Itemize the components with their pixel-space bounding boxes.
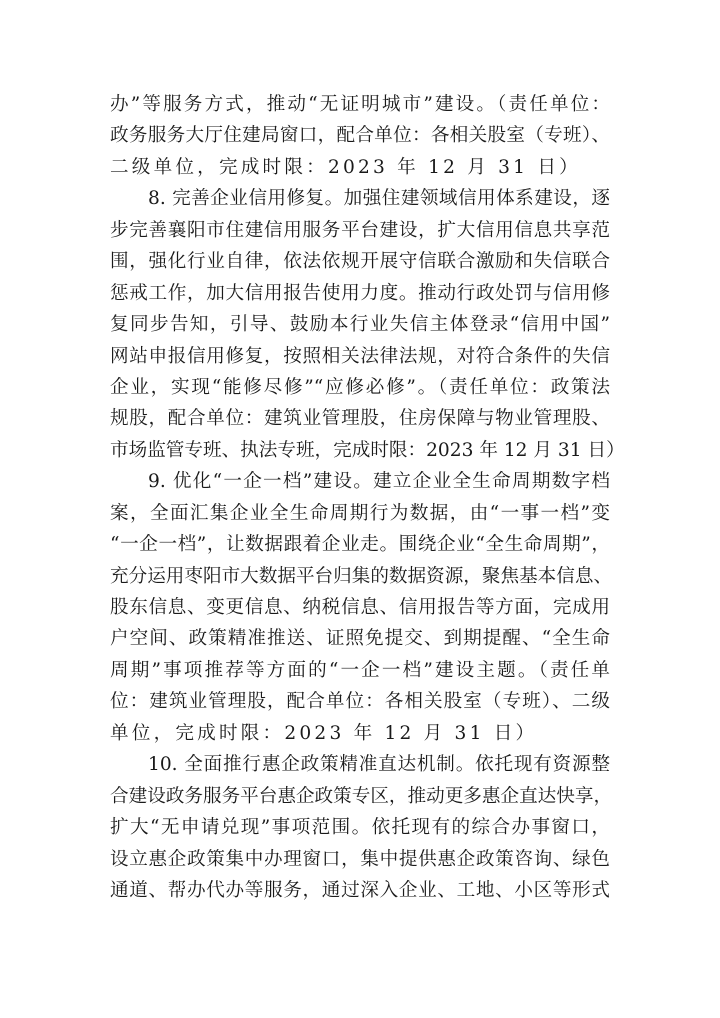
text-line: 规股，配合单位：建筑业管理股，住房保障与物业管理股、: [110, 403, 610, 434]
text-line: 通道、帮办代办等服务，通过深入企业、工地、小区等形式: [110, 875, 610, 906]
text-line: 步完善襄阳市住建信用服务平台建设，扩大信用信息共享范: [110, 215, 610, 246]
text-line: 位：建筑业管理股，配合单位：各相关股室（专班）、二级: [110, 686, 610, 717]
text-line: 企业，实现“能修尽修”“应修必修”。（责任单位：政策法: [110, 372, 610, 403]
text-line: 办”等服务方式，推动“无证明城市”建设。（责任单位：: [110, 89, 610, 120]
text-line: 网站申报信用修复，按照相关法律法规，对符合条件的失信: [110, 341, 610, 372]
document-page: 办”等服务方式，推动“无证明城市”建设。（责任单位： 政务服务大厅住建局窗口，配…: [110, 89, 610, 906]
text-line: 周期”事项推荐等方面的“一企一档”建设主题。（责任单: [110, 655, 610, 686]
text-line: 市场监管专班、执法专班，完成时限：2023 年 12 月 31 日）: [110, 435, 610, 466]
text-line: 单位，完成时限：2023 年 12 月 31 日）: [110, 718, 610, 749]
text-line: 二级单位，完成时限：2023 年 12 月 31 日）: [110, 152, 610, 183]
text-line: 户空间、政策精准推送、证照免提交、到期提醒、“全生命: [110, 623, 610, 654]
text-line: 围，强化行业自律，依法依规开展守信联合激励和失信联合: [110, 246, 610, 277]
text-line: 政务服务大厅住建局窗口，配合单位：各相关股室（专班）、: [110, 120, 610, 151]
text-line: 惩戒工作，加大信用报告使用力度。推动行政处罚与信用修: [110, 278, 610, 309]
text-line: 充分运用枣阳市大数据平台归集的数据资源，聚焦基本信息、: [110, 561, 610, 592]
section-heading-line-10: 10. 全面推行惠企政策精准直达机制。依托现有资源整: [110, 749, 610, 780]
text-line: 扩大“无申请兑现”事项范围。依托现有的综合办事窗口，: [110, 812, 610, 843]
text-line: 合建设政务服务平台惠企政策专区，推动更多惠企直达快享，: [110, 781, 610, 812]
text-line: “一企一档”，让数据跟着企业走。围绕企业“全生命周期”，: [110, 529, 610, 560]
text-line: 设立惠企政策集中办理窗口，集中提供惠企政策咨询、绿色: [110, 844, 610, 875]
section-heading-line-9: 9. 优化“一企一档”建设。建立企业全生命周期数字档: [110, 466, 610, 497]
section-heading-line-8: 8. 完善企业信用修复。加强住建领域信用体系建设，逐: [110, 183, 610, 214]
text-line: 股东信息、变更信息、纳税信息、信用报告等方面，完成用: [110, 592, 610, 623]
text-line: 复同步告知，引导、鼓励本行业失信主体登录“信用中国”: [110, 309, 610, 340]
text-line: 案，全面汇集企业全生命周期行为数据，由“一事一档”变: [110, 498, 610, 529]
